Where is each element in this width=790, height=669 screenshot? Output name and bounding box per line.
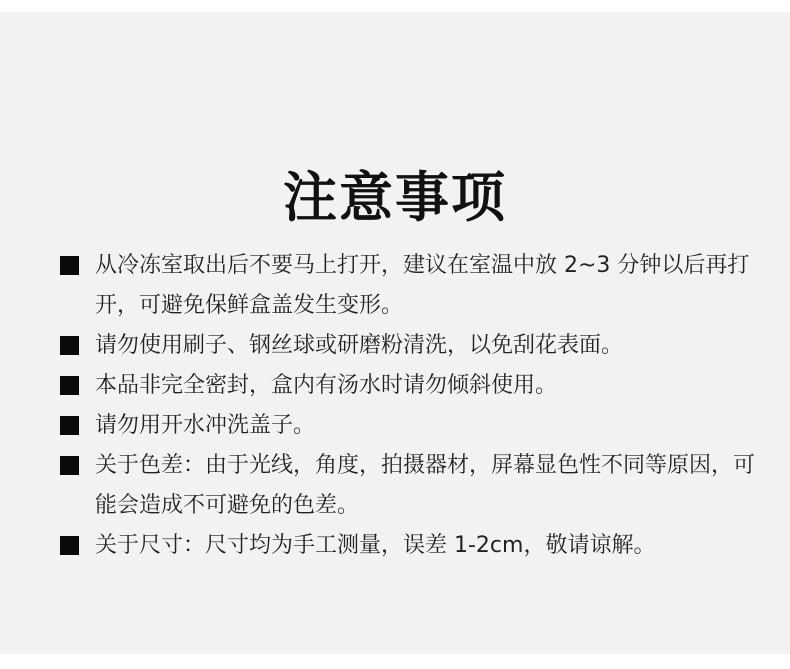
notice-panel: 注意事项 从冷冻室取出后不要马上打开，建议在室温中放 2~3 分钟以后再打开，可… — [0, 12, 790, 654]
square-bullet-icon — [60, 416, 79, 435]
note-text: 关于尺寸：尺寸均为手工测量，误差 1-2cm，敬请谅解。 — [95, 526, 760, 566]
note-text: 从冷冻室取出后不要马上打开，建议在室温中放 2~3 分钟以后再打开，可避免保鲜盒… — [95, 246, 760, 326]
notes-list: 从冷冻室取出后不要马上打开，建议在室温中放 2~3 分钟以后再打开，可避免保鲜盒… — [60, 246, 760, 566]
square-bullet-icon — [60, 256, 79, 275]
square-bullet-icon — [60, 376, 79, 395]
note-item: 请勿用开水冲洗盖子。 — [60, 406, 760, 446]
note-item: 关于色差：由于光线，角度，拍摄器材，屏幕显色性不同等原因，可能会造成不可避免的色… — [60, 446, 760, 526]
note-text: 关于色差：由于光线，角度，拍摄器材，屏幕显色性不同等原因，可能会造成不可避免的色… — [95, 446, 760, 526]
note-item: 从冷冻室取出后不要马上打开，建议在室温中放 2~3 分钟以后再打开，可避免保鲜盒… — [60, 246, 760, 326]
note-item: 关于尺寸：尺寸均为手工测量，误差 1-2cm，敬请谅解。 — [60, 526, 760, 566]
square-bullet-icon — [60, 536, 79, 555]
note-item: 请勿使用刷子、钢丝球或研磨粉清洗，以免刮花表面。 — [60, 326, 760, 366]
square-bullet-icon — [60, 336, 79, 355]
note-text: 请勿用开水冲洗盖子。 — [95, 406, 760, 446]
square-bullet-icon — [60, 456, 79, 475]
note-text: 本品非完全密封，盒内有汤水时请勿倾斜使用。 — [95, 366, 760, 406]
page-title: 注意事项 — [0, 162, 790, 234]
note-item: 本品非完全密封，盒内有汤水时请勿倾斜使用。 — [60, 366, 760, 406]
note-text: 请勿使用刷子、钢丝球或研磨粉清洗，以免刮花表面。 — [95, 326, 760, 366]
